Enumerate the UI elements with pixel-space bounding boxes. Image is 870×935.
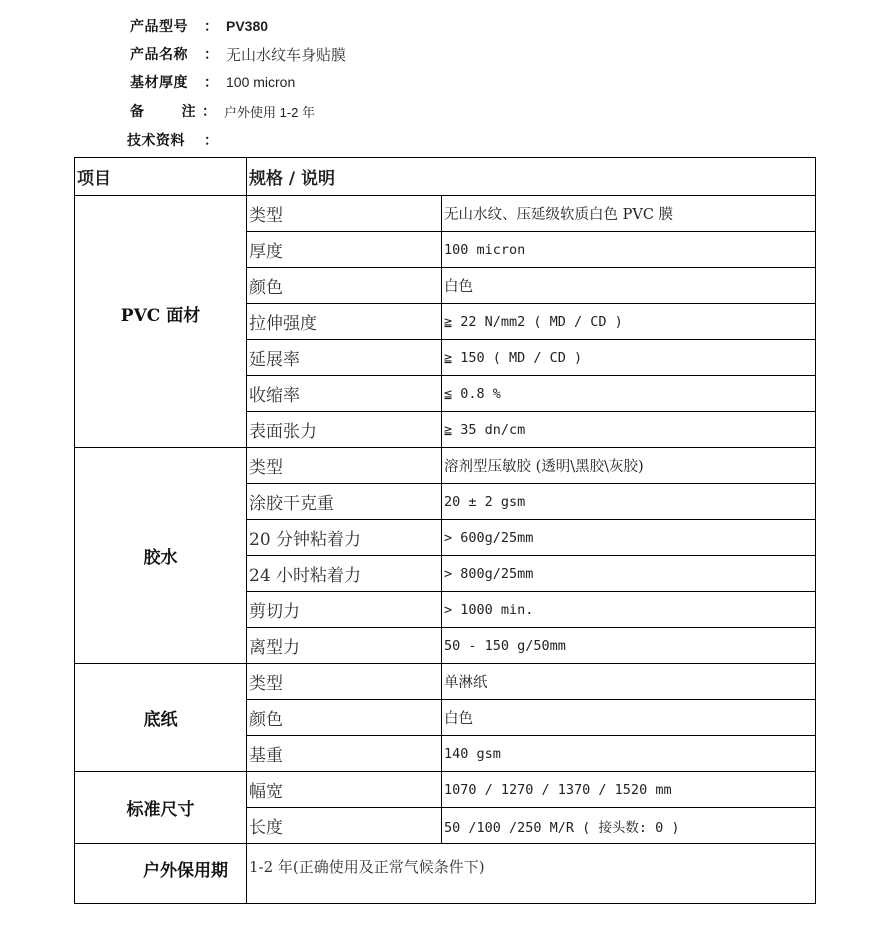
- value-cell: 100 micron: [442, 232, 816, 268]
- prop-cell: 类型: [247, 448, 442, 484]
- value-cell: 20 ± 2 gsm: [442, 484, 816, 520]
- prop-cell: 表面张力: [247, 412, 442, 448]
- group-pvc: PVC 面材: [75, 196, 247, 448]
- prop-cell: 颜色: [247, 700, 442, 736]
- model-value: PV380: [226, 18, 268, 34]
- name-value: 无山水纹车身贴膜: [226, 44, 346, 65]
- thickness-label: 基材厚度: [130, 72, 198, 92]
- prop-cell: 剪切力: [247, 592, 442, 628]
- value-cell: ≧ 35 dn/cm: [442, 412, 816, 448]
- value-cell: > 800g/25mm: [442, 556, 816, 592]
- value-cell: 50 - 150 g/50mm: [442, 628, 816, 664]
- group-warranty: 户外保用期: [75, 844, 247, 904]
- prop-cell: 长度: [247, 808, 442, 844]
- info-row-thickness: 基材厚度 ： 100 micron: [130, 70, 295, 94]
- table-row: PVC 面材 类型 无山水纹、压延级软质白色 PVC 膜: [75, 196, 816, 232]
- value-cell: 1070 / 1270 / 1370 / 1520 mm: [442, 772, 816, 808]
- prop-cell: 20 分钟粘着力: [247, 520, 442, 556]
- prop-cell: 离型力: [247, 628, 442, 664]
- prop-cell: 厚度: [247, 232, 442, 268]
- remark-label-b: 注: [182, 101, 197, 121]
- prop-cell: 颜色: [247, 268, 442, 304]
- colon: ：: [204, 16, 218, 36]
- name-label: 产品名称: [130, 44, 198, 64]
- value-cell: ≦ 0.8 %: [442, 376, 816, 412]
- value-cell: > 600g/25mm: [442, 520, 816, 556]
- colon: ：: [204, 72, 218, 92]
- value-cell: 50 /100 /250 M/R ( 接头数: 0 ): [442, 808, 816, 844]
- remark-label-a: 备: [130, 101, 145, 121]
- prop-cell: 拉伸强度: [247, 304, 442, 340]
- prop-cell: 24 小时粘着力: [247, 556, 442, 592]
- remark-label: 备 注: [130, 101, 196, 121]
- colon: ：: [202, 101, 216, 121]
- model-label: 产品型号: [130, 16, 198, 36]
- value-cell: > 1000 min.: [442, 592, 816, 628]
- info-row-tech: 技术资料 ：: [127, 128, 226, 152]
- table-row: 胶水 类型 溶剂型压敏胶 (透明\黑胶\灰胶): [75, 448, 816, 484]
- value-cell: ≧ 150 ( MD / CD ): [442, 340, 816, 376]
- prop-cell: 类型: [247, 196, 442, 232]
- info-row-remark: 备 注 ： 户外使用 1-2 年: [130, 99, 315, 123]
- prop-cell: 类型: [247, 664, 442, 700]
- colon: ：: [204, 44, 218, 64]
- warranty-value: 1-2 年(正确使用及正常气候条件下): [247, 844, 816, 904]
- value-cell: 140 gsm: [442, 736, 816, 772]
- value-cell: 白色: [442, 268, 816, 304]
- warranty-row: 户外保用期 1-2 年(正确使用及正常气候条件下): [75, 844, 816, 904]
- table-row: 标准尺寸 幅宽 1070 / 1270 / 1370 / 1520 mm: [75, 772, 816, 808]
- group-liner: 底纸: [75, 664, 247, 772]
- header-spec: 规格 / 说明: [247, 158, 816, 196]
- table-row: 底纸 类型 单淋纸: [75, 664, 816, 700]
- info-row-name: 产品名称 ： 无山水纹车身贴膜: [130, 42, 346, 66]
- group-adhesive: 胶水: [75, 448, 247, 664]
- tech-label: 技术资料: [127, 130, 195, 150]
- value-cell: 溶剂型压敏胶 (透明\黑胶\灰胶): [442, 448, 816, 484]
- thickness-value: 100 micron: [226, 74, 295, 90]
- value-cell: 单淋纸: [442, 664, 816, 700]
- prop-cell: 基重: [247, 736, 442, 772]
- info-row-model: 产品型号 ： PV380: [130, 14, 268, 38]
- value-cell: 白色: [442, 700, 816, 736]
- table-header-row: 项目 规格 / 说明: [75, 158, 816, 196]
- prop-cell: 收缩率: [247, 376, 442, 412]
- prop-cell: 幅宽: [247, 772, 442, 808]
- colon: ：: [204, 130, 218, 150]
- prop-cell: 延展率: [247, 340, 442, 376]
- prop-cell: 涂胶干克重: [247, 484, 442, 520]
- header-item: 项目: [75, 158, 247, 196]
- spec-table: 项目 规格 / 说明 PVC 面材 类型 无山水纹、压延级软质白色 PVC 膜 …: [74, 157, 816, 904]
- group-standard-size: 标准尺寸: [75, 772, 247, 844]
- remark-value: 户外使用 1-2 年: [224, 102, 315, 121]
- value-cell: 无山水纹、压延级软质白色 PVC 膜: [442, 196, 816, 232]
- value-cell: ≧ 22 N/mm2 ( MD / CD ): [442, 304, 816, 340]
